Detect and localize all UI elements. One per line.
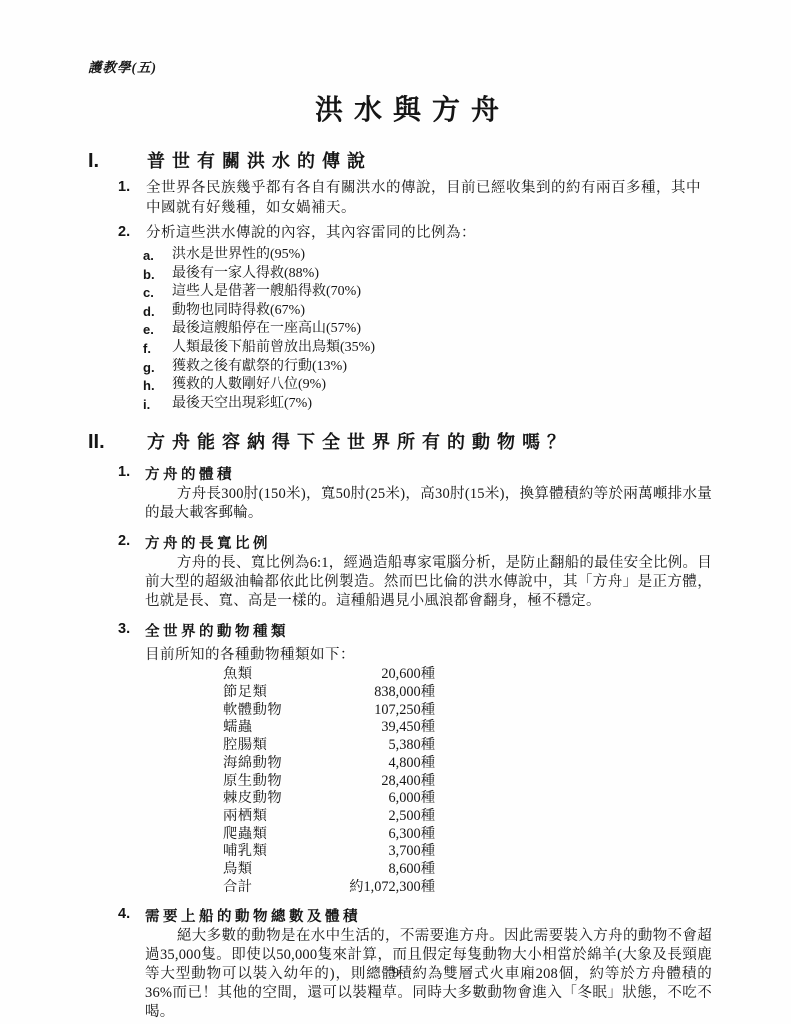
species-name: 棘皮動物 bbox=[223, 790, 282, 808]
table-row: 蠕蟲 39,450種 bbox=[223, 719, 435, 737]
species-name: 哺乳類 bbox=[223, 843, 267, 861]
list-item: c. 這些人是借著一艘船得救(70%) bbox=[143, 283, 713, 302]
species-table-intro: 目前所知的各種動物種類如下： bbox=[145, 643, 713, 664]
item-text: 全世界各民族幾乎都有各自有關洪水的傳說，目前已經收集到的約有兩百多種，其中中國就… bbox=[146, 178, 713, 218]
item-number: 2. bbox=[118, 223, 146, 243]
species-name: 蠕蟲 bbox=[223, 719, 253, 737]
table-row: 腔腸類 5,380種 bbox=[223, 737, 435, 755]
list-item-text: 獲救的人數剛好八位(9%) bbox=[172, 376, 326, 395]
species-count: 4,800種 bbox=[389, 755, 435, 773]
list-item-text: 動物也同時得救(67%) bbox=[172, 302, 305, 321]
species-count: 838,000種 bbox=[374, 684, 435, 702]
table-row: 軟體動物 107,250種 bbox=[223, 702, 435, 720]
species-name: 腔腸類 bbox=[223, 737, 267, 755]
species-name: 合計 bbox=[223, 879, 253, 897]
document-page: 護教學(五) 洪水與方舟 I. 普世有關洪水的傳說 1. 全世界各民族幾乎都有各… bbox=[0, 0, 791, 1024]
subsection-2-heading: 2. 方舟的長寬比例 bbox=[118, 532, 713, 553]
item-text: 分析這些洪水傳說的內容，其內容雷同的比例為： bbox=[146, 223, 713, 243]
species-table: 魚類 20,600種 節足類 838,000種 軟體動物 107,250種 蠕蟲… bbox=[223, 666, 435, 896]
subsection-title: 需要上船的動物總數及體積 bbox=[145, 905, 361, 926]
species-count: 2,500種 bbox=[389, 808, 435, 826]
table-row: 棘皮動物 6,000種 bbox=[223, 790, 435, 808]
list-item-letter: i. bbox=[143, 395, 172, 414]
list-item-letter: d. bbox=[143, 302, 172, 321]
list-item-letter: g. bbox=[143, 358, 172, 377]
list-item: b. 最後有一家人得救(88%) bbox=[143, 265, 713, 284]
subsection-number: 2. bbox=[118, 532, 145, 553]
list-item: h. 獲救的人數剛好八位(9%) bbox=[143, 376, 713, 395]
subsection-4-heading: 4. 需要上船的動物總數及體積 bbox=[118, 905, 713, 926]
species-count: 8,600種 bbox=[389, 861, 435, 879]
species-count: 約1,072,300種 bbox=[349, 879, 435, 897]
species-name: 軟體動物 bbox=[223, 702, 282, 720]
list-item-text: 最後天空出現彩虹(7%) bbox=[172, 395, 312, 414]
species-count: 107,250種 bbox=[374, 702, 435, 720]
list-item-text: 這些人是借著一艘船得救(70%) bbox=[172, 283, 361, 302]
species-count: 6,300種 bbox=[389, 826, 435, 844]
flood-legend-percentage-list: a. 洪水是世界性的(95%) b. 最後有一家人得救(88%) c. 這些人是… bbox=[143, 246, 713, 413]
section-1-numeral: I. bbox=[88, 150, 147, 173]
species-name: 節足類 bbox=[223, 684, 267, 702]
list-item-letter: a. bbox=[143, 246, 172, 265]
species-count: 28,400種 bbox=[381, 773, 435, 791]
section-2-heading: II. 方舟能容納得下全世界所有的動物嗎？ bbox=[88, 428, 713, 454]
list-item: i. 最後天空出現彩虹(7%) bbox=[143, 395, 713, 414]
table-row: 魚類 20,600種 bbox=[223, 666, 435, 684]
list-item-letter: h. bbox=[143, 376, 172, 395]
subsection-title: 全世界的動物種類 bbox=[145, 620, 289, 641]
section-1-item-1: 1. 全世界各民族幾乎都有各自有關洪水的傳說，目前已經收集到的約有兩百多種，其中… bbox=[118, 178, 713, 218]
list-item-letter: f. bbox=[143, 339, 172, 358]
list-item-text: 最後這艘船停在一座高山(57%) bbox=[172, 320, 361, 339]
subsection-title: 方舟的長寬比例 bbox=[145, 532, 271, 553]
species-name: 海綿動物 bbox=[223, 755, 282, 773]
list-item-letter: e. bbox=[143, 320, 172, 339]
list-item-letter: b. bbox=[143, 265, 172, 284]
table-row-total: 合計 約1,072,300種 bbox=[223, 879, 435, 897]
species-name: 鳥類 bbox=[223, 861, 253, 879]
species-name: 兩栖類 bbox=[223, 808, 267, 826]
list-item-text: 最後有一家人得救(88%) bbox=[172, 265, 319, 284]
table-row: 鳥類 8,600種 bbox=[223, 861, 435, 879]
subsection-number: 3. bbox=[118, 620, 145, 641]
subsection-3-heading: 3. 全世界的動物種類 bbox=[118, 620, 713, 641]
subsection-1-body: 方舟長300肘(150米)，寬50肘(25米)，高30肘(15米)，換算體積約等… bbox=[145, 485, 712, 523]
section-2-title: 方舟能容納得下全世界所有的動物嗎？ bbox=[147, 428, 572, 454]
species-count: 3,700種 bbox=[389, 843, 435, 861]
subsection-1-heading: 1. 方舟的體積 bbox=[118, 463, 713, 484]
table-row: 哺乳類 3,700種 bbox=[223, 843, 435, 861]
table-row: 海綿動物 4,800種 bbox=[223, 755, 435, 773]
table-row: 節足類 838,000種 bbox=[223, 684, 435, 702]
page-number: 9 bbox=[0, 966, 791, 982]
species-name: 魚類 bbox=[223, 666, 253, 684]
species-name: 爬蟲類 bbox=[223, 826, 267, 844]
table-row: 原生動物 28,400種 bbox=[223, 773, 435, 791]
species-count: 20,600種 bbox=[381, 666, 435, 684]
section-1-item-2: 2. 分析這些洪水傳說的內容，其內容雷同的比例為： bbox=[118, 223, 713, 243]
list-item: d. 動物也同時得救(67%) bbox=[143, 302, 713, 321]
subsection-title: 方舟的體積 bbox=[145, 463, 235, 484]
section-1-title: 普世有關洪水的傳說 bbox=[147, 147, 372, 173]
table-row: 兩栖類 2,500種 bbox=[223, 808, 435, 826]
list-item: a. 洪水是世界性的(95%) bbox=[143, 246, 713, 265]
species-count: 39,450種 bbox=[381, 719, 435, 737]
section-1-heading: I. 普世有關洪水的傳說 bbox=[88, 147, 713, 173]
species-count: 6,000種 bbox=[389, 790, 435, 808]
item-number: 1. bbox=[118, 178, 146, 218]
table-row: 爬蟲類 6,300種 bbox=[223, 826, 435, 844]
list-item: f. 人類最後下船前曾放出鳥類(35%) bbox=[143, 339, 713, 358]
page-title: 洪水與方舟 bbox=[112, 88, 713, 128]
species-count: 5,380種 bbox=[389, 737, 435, 755]
list-item: e. 最後這艘船停在一座高山(57%) bbox=[143, 320, 713, 339]
subsection-number: 4. bbox=[118, 905, 145, 926]
list-item-text: 人類最後下船前曾放出鳥類(35%) bbox=[172, 339, 375, 358]
section-2-numeral: II. bbox=[88, 431, 147, 454]
list-item-text: 獲救之後有獻祭的行動(13%) bbox=[172, 358, 347, 377]
list-item-text: 洪水是世界性的(95%) bbox=[172, 246, 305, 265]
list-item: g. 獲救之後有獻祭的行動(13%) bbox=[143, 358, 713, 377]
subsection-number: 1. bbox=[118, 463, 145, 484]
list-item-letter: c. bbox=[143, 283, 172, 302]
subsection-2-body: 方舟的長、寬比例為6:1，經過造船專家電腦分析，是防止翻船的最佳安全比例。目前大… bbox=[145, 554, 712, 611]
doc-header: 護教學(五) bbox=[88, 56, 713, 76]
species-name: 原生動物 bbox=[223, 773, 282, 791]
